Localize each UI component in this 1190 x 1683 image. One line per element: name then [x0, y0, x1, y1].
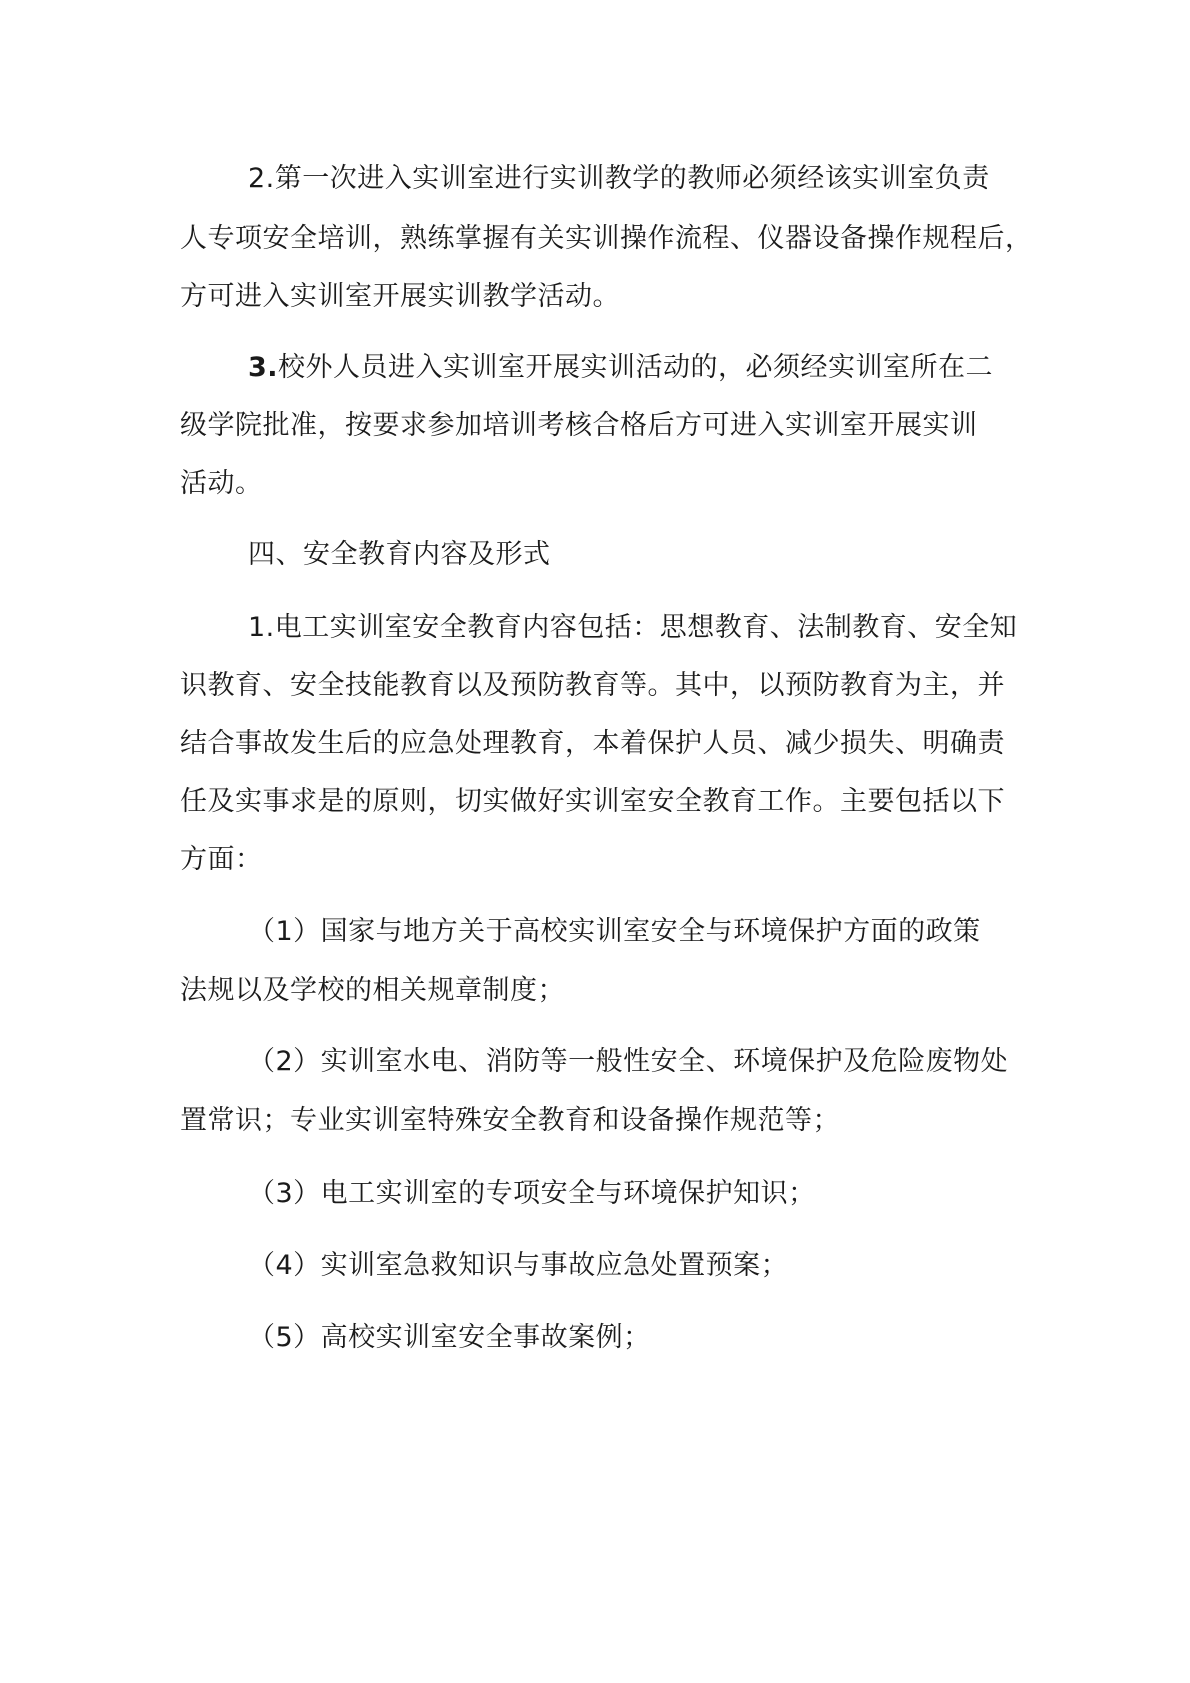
section-4-p1-line-3: 结合事故发生后的应急处理教育，本着保护人员、减少损失、明确责 [180, 713, 1005, 775]
list-item-1-line-2: 法规以及学校的相关规章制度； [180, 960, 565, 1022]
list-item-2-line-1: （2）实训室水电、消防等一般性安全、环境保护及危险废物处 [248, 1031, 1008, 1093]
section-4-p1-line-5: 方面： [180, 829, 263, 891]
list-item-2-line-2: 置常识；专业实训室特殊安全教育和设备操作规范等； [180, 1090, 840, 1152]
paragraph-2-line-2: 人专项安全培训，熟练掌握有关实训操作流程、仪器设备操作规程后， [180, 208, 1033, 270]
list-item-3: （3）电工实训室的专项安全与环境保护知识； [248, 1163, 816, 1225]
section-4-p1-line-4: 任及实事求是的原则，切实做好实训室安全教育工作。主要包括以下 [180, 771, 1005, 833]
document-page: 2.第一次进入实训室进行实训教学的教师必须经该实训室负责 人专项安全培训，熟练掌… [0, 0, 1190, 1683]
list-item-1-line-1: （1）国家与地方关于高校实训室安全与环境保护方面的政策 [248, 901, 981, 963]
paragraph-3-line-3: 活动。 [180, 453, 263, 515]
paragraph-3-line-2: 级学院批准，按要求参加培训考核合格后方可进入实训室开展实训 [180, 395, 978, 457]
paragraph-2-line-1: 2.第一次进入实训室进行实训教学的教师必须经该实训室负责 [248, 148, 990, 210]
list-item-4: （4）实训室急救知识与事故应急处置预案； [248, 1235, 788, 1297]
section-4-heading: 四、安全教育内容及形式 [248, 524, 551, 586]
paragraph-2-line-3: 方可进入实训室开展实训教学活动。 [180, 266, 620, 328]
list-item-5: （5）高校实训室安全事故案例； [248, 1307, 651, 1369]
paragraph-3-text: 校外人员进入实训室开展实训活动的，必须经实训室所在二 [278, 352, 993, 383]
section-4-p1-line-1: 1.电工实训室安全教育内容包括：思想教育、法制教育、安全知 [248, 597, 1017, 659]
paragraph-3-line-1: 3.校外人员进入实训室开展实训活动的，必须经实训室所在二 [248, 337, 993, 399]
section-4-p1-line-2: 识教育、安全技能教育以及预防教育等。其中，以预防教育为主，并 [180, 655, 1005, 717]
paragraph-3-number: 3. [248, 352, 278, 383]
